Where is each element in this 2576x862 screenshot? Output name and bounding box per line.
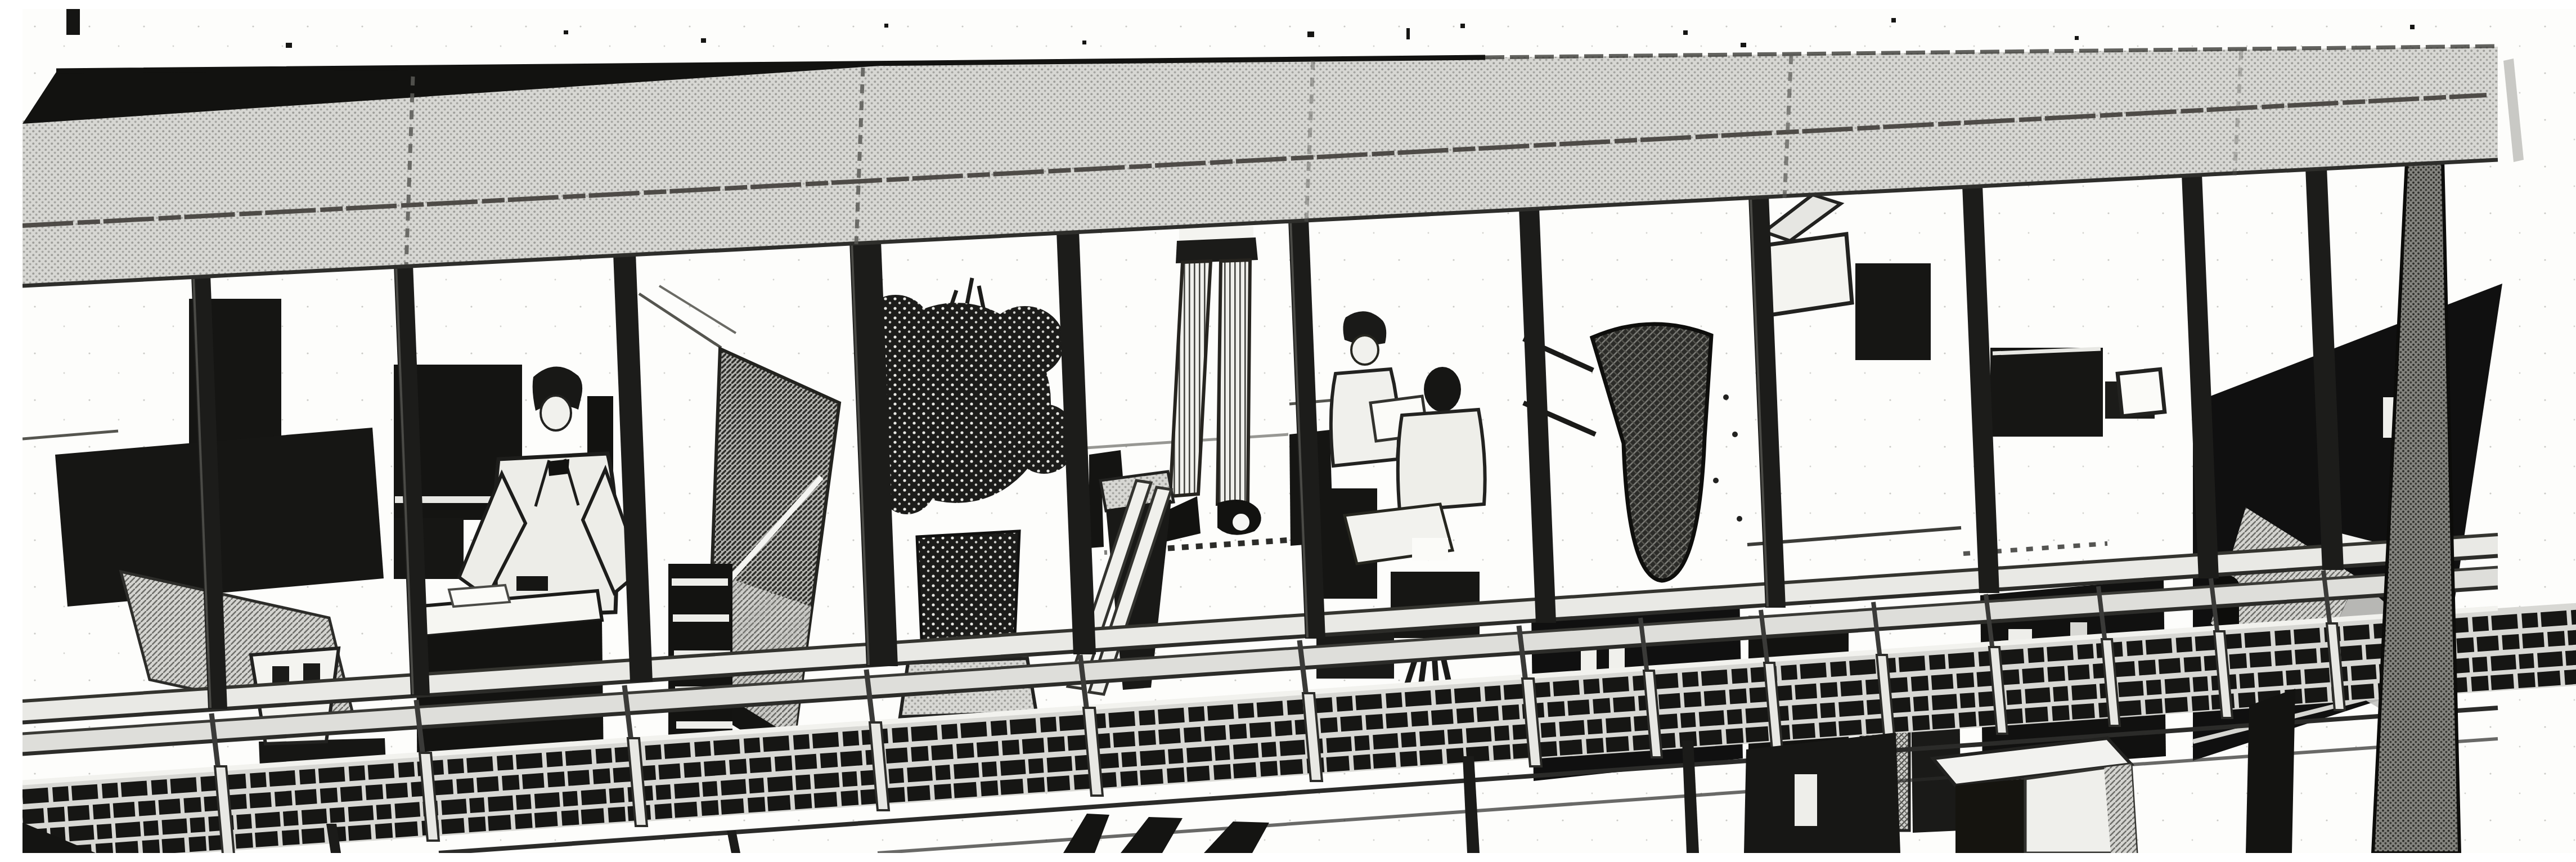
shoe-highlight xyxy=(1233,514,1249,531)
bow-tie xyxy=(548,459,569,476)
typewriter-mass xyxy=(1990,348,2103,437)
papers xyxy=(449,585,510,607)
desk-item xyxy=(516,576,548,591)
cabinet-door-dark xyxy=(1955,779,2025,853)
face xyxy=(541,396,571,430)
white-frame xyxy=(2118,369,2165,416)
face xyxy=(1351,335,1378,365)
dark-box xyxy=(1855,263,1931,360)
illustration-canvas xyxy=(23,9,2576,853)
trouser-right xyxy=(1217,260,1250,504)
dark-hanging-strip xyxy=(2246,689,2295,853)
dark-block-slot xyxy=(1795,774,1817,826)
foliage xyxy=(986,306,1064,378)
lower-dark-block xyxy=(1744,733,1900,853)
shirt-back xyxy=(1398,410,1485,511)
white-cabinet xyxy=(1933,738,2137,853)
head-back xyxy=(1424,367,1461,412)
building-illustration xyxy=(23,9,2576,853)
